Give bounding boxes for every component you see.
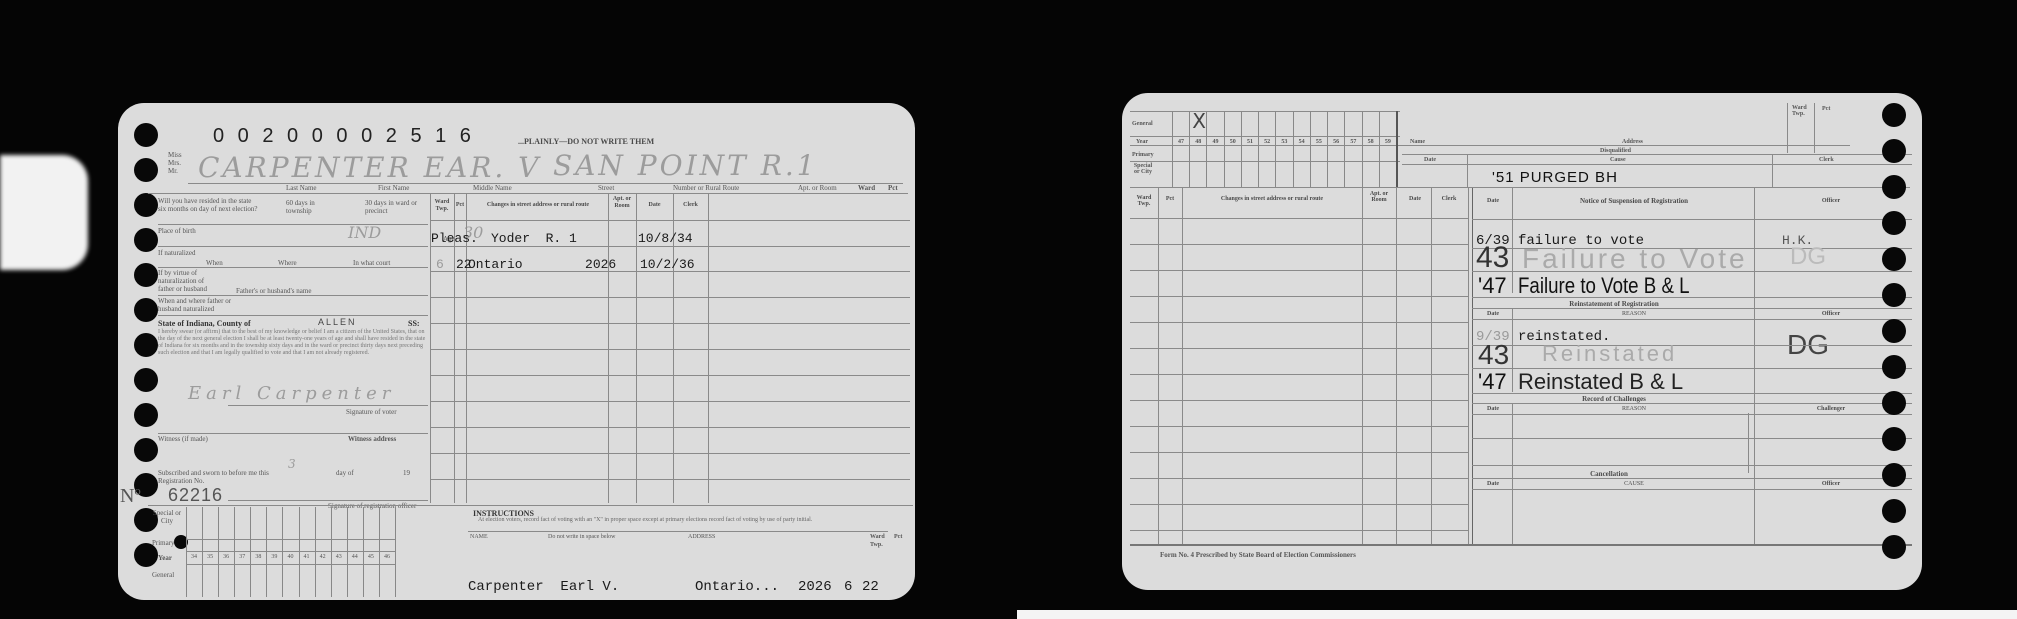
label-name: Name	[1410, 138, 1425, 146]
label-pct: Pct	[1822, 105, 1830, 113]
suspension-row-2-officer: DG	[1790, 243, 1826, 271]
salutation-labels: MissMrs.Mr.	[168, 151, 182, 175]
footer-do-not-write: Do not write in space below	[548, 533, 615, 541]
registration-no-label: Registration No.	[158, 477, 204, 485]
col-pct: Pct	[1160, 195, 1180, 204]
change-row-1-date: 10/8/34	[638, 231, 693, 246]
change-row-1-ward: Pleas.	[431, 231, 478, 246]
label-street: Street	[598, 184, 614, 192]
label-apt: Apt. or Room	[798, 184, 837, 192]
witness-label: Witness (if made)	[158, 435, 208, 443]
col-apt: Apt. or Room	[608, 196, 636, 210]
father-when-label: When and where father or husband natural…	[158, 297, 238, 313]
footer-typed-number: 2026	[798, 579, 832, 595]
label-number: Number or Rural Route	[673, 184, 739, 192]
footer-typed-name: Carpenter Earl V.	[468, 579, 619, 595]
father-naturalization-label: If by virtue of naturalization of father…	[158, 269, 218, 293]
voter-signature: Earl Carpenter	[188, 383, 395, 404]
disqualified-cause-header: Cause	[1610, 156, 1626, 164]
label-last-name: Last Name	[286, 184, 317, 192]
footer-name-label: NAME	[470, 533, 488, 541]
challenges-date-header: Date	[1474, 405, 1512, 414]
reinstatement-date-header: Date	[1474, 310, 1512, 319]
day-of-label: day of	[336, 469, 354, 477]
cancellation-cause-header: CAUSE	[1514, 480, 1754, 489]
change-row-2-ward: 6	[436, 257, 444, 272]
suspension-row-3-reason: Failure to Vote B & L	[1518, 273, 1690, 299]
suspension-row-3-date: '47	[1478, 273, 1507, 299]
change-row-1-address: Yoder R. 1	[491, 231, 577, 246]
reinstatement-row-3-date: '47	[1478, 369, 1507, 395]
grid-row-year: Year	[158, 554, 172, 562]
residence-state-question: Will you have resided in the state six m…	[158, 197, 258, 213]
serial-number: 0 0 2 0 0 0 0 2 5 1 6	[213, 125, 475, 148]
father-name-label: Father's or husband's name	[236, 287, 311, 295]
disqualified-value: '51 PURGED BH	[1492, 169, 1618, 186]
grid-row-primary: Primary	[1132, 151, 1154, 159]
col-changes: Changes in street address or rural route	[468, 201, 608, 210]
col-date: Date	[636, 201, 673, 210]
birth-place-label: Place of birth	[158, 227, 198, 235]
footer-pct-label: Pct	[894, 533, 902, 541]
label-pct: Pct	[888, 184, 898, 192]
oath-text: I hereby swear (or affirm) that to the b…	[158, 329, 426, 357]
label-ward: Ward Twp.	[1792, 105, 1808, 117]
label-middle-name: Middle Name	[473, 184, 512, 192]
no-symbol: Nº	[120, 485, 141, 508]
residence-ward-question: 30 days in ward or precinct	[365, 199, 425, 215]
col-pct: Pct	[454, 201, 466, 210]
year-cells: 34 35 36 37 38 39 40 41 42 43 44 45 46	[186, 507, 396, 597]
residence-township-question: 60 days in township	[286, 199, 336, 215]
witness-address-label: Witness address	[348, 435, 396, 443]
reinstatement-row-3-reason: Reinstated B & L	[1518, 369, 1683, 395]
registration-card-back: General Year Primary Special or City 47 …	[1122, 93, 1922, 590]
suspension-officer-header: Officer	[1756, 197, 1906, 206]
instructions-text: At election voters, record fact of votin…	[478, 517, 908, 524]
disqualified-clerk-header: Clerk	[1819, 156, 1834, 164]
footer-typed-ward: 6	[844, 579, 852, 595]
suspension-date-header: Date	[1474, 197, 1512, 206]
label-first-name: First Name	[378, 184, 409, 192]
header-instruction: ...PLAINLY—DO NOT WRITE THEM	[518, 137, 654, 146]
subscribed-label: Subscribed and sworn to before me this	[158, 469, 269, 477]
col-ward: Ward Twp.	[1130, 195, 1158, 207]
vote-mark-x: X	[1192, 109, 1206, 133]
county-value: ALLEN	[318, 317, 357, 327]
col-date: Date	[1400, 195, 1430, 204]
paper-edge-left	[0, 155, 88, 270]
registration-card-front: 0 0 2 0 0 0 0 2 5 1 6 ...PLAINLY—DO NOT …	[118, 103, 915, 600]
disqualified-date-header: Date	[1424, 156, 1436, 164]
naturalized-court: In what court	[353, 259, 390, 267]
footer-ward-label: Ward Twp.	[870, 533, 884, 549]
col-changes: Changes in street address or rural route	[1187, 195, 1357, 204]
voter-signature-label: Signature of voter	[346, 408, 397, 416]
col-clerk: Clerk	[673, 201, 708, 210]
challenges-reason-header: REASON	[1514, 405, 1754, 414]
reinstatement-row-2-date: 43	[1478, 339, 1509, 371]
change-row-2-address: Ontario 2026	[468, 257, 616, 272]
grid-row-special: Special or City	[1132, 163, 1154, 175]
cancellation-date-header: Date	[1474, 480, 1512, 489]
scan-border-strip	[1017, 610, 2017, 619]
year-cells-back: 47 48X 49 50 51 52 53 54 55 56 57 58 59	[1172, 111, 1398, 187]
grid-row-special: Special or City	[152, 509, 182, 525]
subscribed-day: 3	[288, 457, 296, 471]
grid-row-general: General	[1132, 120, 1153, 128]
grid-row-primary: Primary	[152, 539, 175, 547]
birth-place-value: IND	[348, 223, 381, 242]
col-apt: Apt. or Room	[1364, 191, 1394, 203]
naturalized-when: When	[206, 259, 223, 267]
registration-number: 62216	[168, 485, 223, 506]
footer-address-label: ADDRESS	[688, 533, 715, 541]
footer-typed-address: Ontario...	[695, 579, 779, 595]
address-handwritten: SAN POINT R.1	[553, 149, 818, 182]
year-suffix: 19	[403, 469, 410, 477]
label-ward: Ward	[858, 184, 875, 192]
reinstatement-reason-header: REASON	[1514, 310, 1754, 319]
form-footer: Form No. 4 Prescribed by State Board of …	[1160, 551, 1356, 559]
footer-typed-pct: 22	[862, 579, 879, 595]
col-ward: Ward Twp.	[430, 199, 454, 213]
reinstatement-officer-header: Officer	[1756, 310, 1906, 319]
suspension-row-2-date: 43	[1476, 241, 1509, 275]
grid-row-general: General	[152, 571, 174, 579]
label-address: Address	[1622, 138, 1643, 146]
naturalized-where: Where	[278, 259, 297, 267]
reinstatement-row-2-reason: Reinstated	[1542, 341, 1677, 367]
naturalized-label: If naturalized	[158, 249, 198, 257]
oath-ss: SS:	[408, 319, 420, 328]
oath-heading: State of Indiana, County of	[158, 319, 251, 328]
col-clerk: Clerk	[1434, 195, 1464, 204]
change-row-2-date: 10/2/36	[640, 257, 695, 272]
name-handwritten: CARPENTER EAR. V	[198, 151, 541, 184]
suspension-title: Notice of Suspension of Registration	[1514, 197, 1754, 206]
